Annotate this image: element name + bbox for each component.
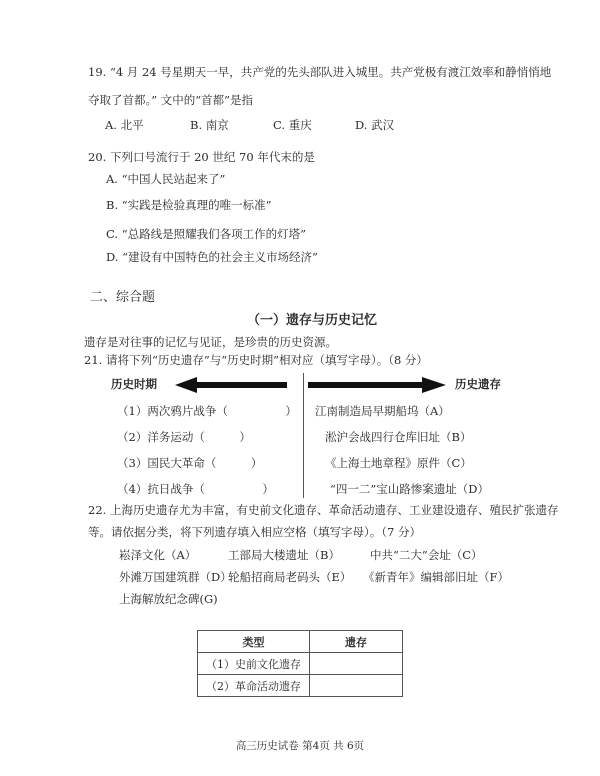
left-arrow-icon [175, 376, 287, 394]
relic-c: 《上海土地章程》原件（C） [325, 456, 472, 470]
header-type: 类型 [198, 631, 310, 653]
answer-cell[interactable] [310, 675, 403, 697]
table-row: （2）革命活动遗存 [198, 675, 403, 697]
q20-option-b: B. “实践是检验真理的唯一标准” [106, 198, 272, 212]
period-2: （2）洋务运动（ ） [117, 430, 251, 444]
q19-option-a: A. 北平 [105, 118, 144, 132]
header-relic: 遗存 [310, 631, 403, 653]
q22-item-c: 中共“二大”会址（C） [370, 548, 483, 562]
section-intro: 遗存是对往事的记忆与见证，是珍贵的历史资源。 [84, 335, 337, 349]
q19-option-d: D. 武汉 [355, 118, 394, 132]
page-footer: 高三历史试卷 第4页 共 6页 [0, 738, 600, 753]
section-title: 二、综合题 [90, 291, 155, 305]
relic-b: 淞沪会战四行仓库旧址（B） [325, 430, 471, 444]
row-type: （1）史前文化遗存 [198, 653, 310, 675]
q21-stem: 21. 请将下列“历史遗存”与“历史时期”相对应（填写字母）。（8 分） [84, 353, 428, 367]
q19-stem-line2: 夺取了首都。” 文中的“首都”是指 [88, 93, 253, 107]
q22-item-f: 《新青年》编辑部旧址（F） [363, 570, 509, 584]
table-row: （1）史前文化遗存 [198, 653, 403, 675]
q22-stem-line1: 22. 上海历史遗存尤为丰富，有史前文化遗存、革命活动遗存、工业建设遗存、殖民扩… [88, 503, 558, 517]
period-3: （3）国民大革命（ ） [117, 456, 262, 470]
relic-a: 江南制造局早期船坞（A） [315, 404, 450, 418]
q19-stem-line1: 19. “4 月 24 号星期天一早，共产党的先头部队进入城里。共产党极有渡江效… [88, 65, 551, 79]
divider-line [303, 373, 304, 498]
right-arrow-icon [308, 376, 446, 394]
q22-item-b: 工部局大楼遗址（B） [228, 548, 340, 562]
section-subtitle: （一）遗存与历史记忆 [247, 314, 377, 328]
q20-option-c: C. “总路线是照耀我们各项工作的灯塔” [106, 227, 306, 241]
q22-item-g: 上海解放纪念碑(G) [119, 592, 218, 606]
q20-option-d: D. “建设有中国特色的社会主义市场经济” [106, 250, 318, 264]
q22-item-d: 外滩万国建筑群（D） [119, 570, 232, 584]
q21-right-label: 历史遗存 [455, 377, 501, 391]
q22-stem-line2: 等。请依据分类，将下列遗存填入相应空格（填写字母）。（7 分） [88, 525, 421, 539]
table-header-row: 类型 遗存 [198, 631, 403, 653]
q19-option-b: B. 南京 [190, 118, 229, 132]
q20-option-a: A. “中国人民站起来了” [106, 172, 225, 186]
classification-table: 类型 遗存 （1）史前文化遗存 （2）革命活动遗存 [197, 630, 403, 697]
q19-option-c: C. 重庆 [273, 118, 312, 132]
period-4: （4）抗日战争（ ） [117, 482, 274, 496]
q20-stem: 20. 下列口号流行于 20 世纪 70 年代末的是 [88, 150, 315, 164]
row-type: （2）革命活动遗存 [198, 675, 310, 697]
q22-item-a: 崧泽文化（A） [119, 548, 196, 562]
period-1: （1）两次鸦片战争（ ） [117, 404, 297, 418]
q21-left-label: 历史时期 [111, 377, 157, 391]
q22-item-e: 轮船招商局老码头（E） [228, 570, 351, 584]
relic-d: “四一二”宝山路惨案遗址（D） [330, 482, 489, 496]
answer-cell[interactable] [310, 653, 403, 675]
